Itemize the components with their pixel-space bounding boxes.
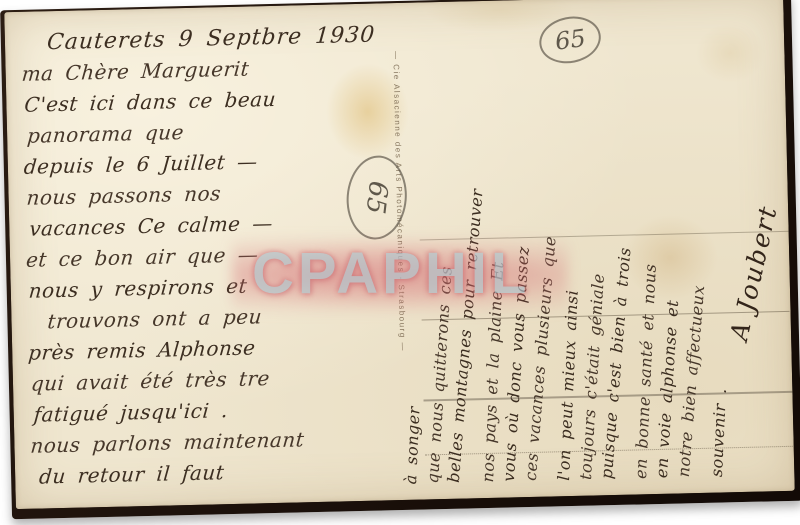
postcard-back: Cauterets 9 Septbre 1930ma Chère Marguer… [4,0,794,509]
handwritten-message-right-sideways: à songerque nous quitterons cesbelles mo… [4,0,794,509]
postcard-photo: Cauterets 9 Septbre 1930ma Chère Marguer… [0,0,800,525]
